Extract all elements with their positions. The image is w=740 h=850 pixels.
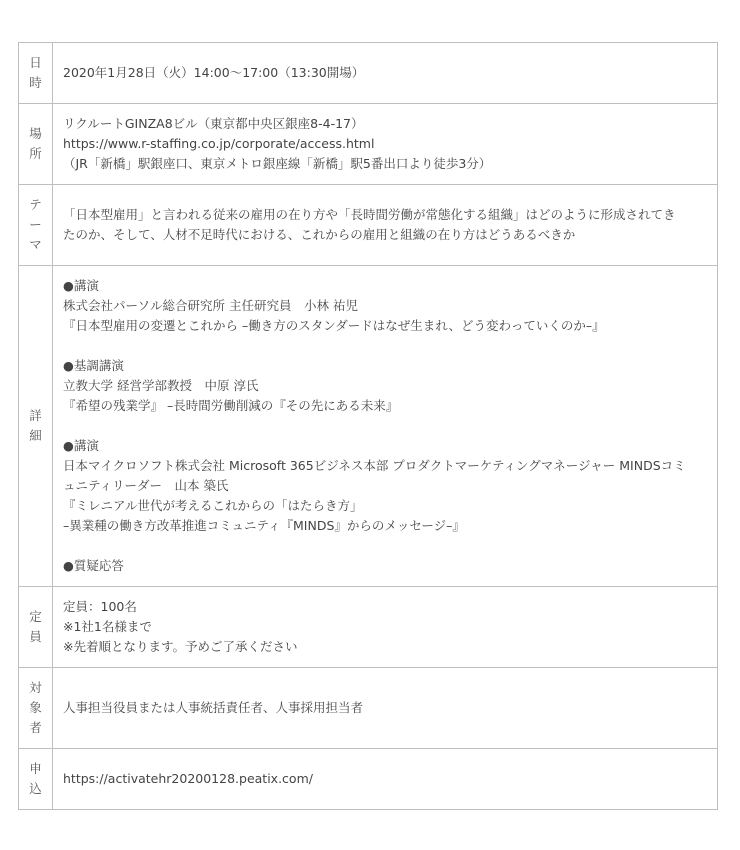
apply-link[interactable]: https://activatehr20200128.peatix.com/ — [63, 769, 707, 789]
label-char: 場 — [19, 124, 52, 144]
value-theme: 「日本型雇用」と言われる従来の雇用の在り方や「長時間労働が常態化する組織」はどの… — [53, 185, 718, 266]
speaker-2-line-2: ュニティリーダー 山本 築氏 — [63, 476, 707, 496]
section-heading-lecture-2: ●講演 — [63, 436, 707, 456]
venue-directions: （JR「新橋」駅銀座口、東京メトロ銀座線「新橋」駅5番出口より徒歩3分） — [63, 154, 707, 174]
theme-line: たのか、そして、人材不足時代における、これからの雇用と組織の在り方はどうあるべき… — [63, 225, 707, 245]
label-char: 日 — [19, 53, 52, 73]
label-char: テ — [19, 195, 52, 215]
venue-access-link[interactable]: https://www.r-staffing.co.jp/corporate/a… — [63, 134, 707, 154]
label-capacity: 定 員 — [19, 587, 53, 668]
value-capacity: 定員：100名 ※1社1名様まで ※先着順となります。予めご了承ください — [53, 587, 718, 668]
label-char: 者 — [19, 718, 52, 738]
label-char: 員 — [19, 627, 52, 647]
value-datetime: 2020年1月28日（火）14:00〜17:00（13:30開場） — [53, 43, 718, 104]
row-venue: 場 所 リクルートGINZA8ビル（東京都中央区銀座8-4-17） https:… — [19, 104, 718, 185]
target-audience: 人事担当役員または人事統括責任者、人事採用担当者 — [63, 698, 707, 718]
capacity-note-2: ※先着順となります。予めご了承ください — [63, 637, 707, 657]
label-char: マ — [19, 235, 52, 255]
speaker-1: 株式会社パーソル総合研究所 主任研究員 小林 祐児 — [63, 296, 707, 316]
label-char: 詳 — [19, 406, 52, 426]
label-char: 対 — [19, 678, 52, 698]
label-datetime: 日 時 — [19, 43, 53, 104]
talk-title-1: 『日本型雇用の変遷とこれから –働き方のスタンダードはなぜ生まれ、どう変わってい… — [63, 316, 707, 336]
venue-name: リクルートGINZA8ビル（東京都中央区銀座8-4-17） — [63, 114, 707, 134]
label-theme: テ ー マ — [19, 185, 53, 266]
label-venue: 場 所 — [19, 104, 53, 185]
talk-title-keynote: 『希望の残業学』 –長時間労働削減の『その先にある未来』 — [63, 396, 707, 416]
row-theme: テ ー マ 「日本型雇用」と言われる従来の雇用の在り方や「長時間労働が常態化する… — [19, 185, 718, 266]
label-apply: 申 込 — [19, 749, 53, 810]
datetime-text: 2020年1月28日（火）14:00〜17:00（13:30開場） — [63, 63, 707, 83]
section-heading-keynote: ●基調講演 — [63, 356, 707, 376]
talk-title-2-line-1: 『ミレニアル世代が考えるこれからの「はたらき方」 — [63, 496, 707, 516]
section-heading-qa: ●質疑応答 — [63, 556, 707, 576]
row-details: 詳 細 ●講演 株式会社パーソル総合研究所 主任研究員 小林 祐児 『日本型雇用… — [19, 266, 718, 587]
value-target: 人事担当役員または人事統括責任者、人事採用担当者 — [53, 668, 718, 749]
capacity-note-1: ※1社1名様まで — [63, 617, 707, 637]
value-details: ●講演 株式会社パーソル総合研究所 主任研究員 小林 祐児 『日本型雇用の変遷と… — [53, 266, 718, 587]
label-char: 込 — [19, 779, 52, 799]
label-target: 対 象 者 — [19, 668, 53, 749]
label-details: 詳 細 — [19, 266, 53, 587]
value-apply: https://activatehr20200128.peatix.com/ — [53, 749, 718, 810]
label-char: ー — [19, 215, 52, 235]
talk-title-2-line-2: –異業種の働き方改革推進コミュニティ『MINDS』からのメッセージ–』 — [63, 516, 707, 536]
label-char: 時 — [19, 73, 52, 93]
row-capacity: 定 員 定員：100名 ※1社1名様まで ※先着順となります。予めご了承ください — [19, 587, 718, 668]
spacer — [63, 416, 707, 436]
row-apply: 申 込 https://activatehr20200128.peatix.co… — [19, 749, 718, 810]
label-char: 申 — [19, 759, 52, 779]
capacity-count: 定員：100名 — [63, 597, 707, 617]
theme-line: 「日本型雇用」と言われる従来の雇用の在り方や「長時間労働が常態化する組織」はどの… — [63, 205, 707, 225]
label-char: 象 — [19, 698, 52, 718]
speaker-keynote: 立教大学 経営学部教授 中原 淳氏 — [63, 376, 707, 396]
label-char: 定 — [19, 607, 52, 627]
row-target: 対 象 者 人事担当役員または人事統括責任者、人事採用担当者 — [19, 668, 718, 749]
spacer — [63, 536, 707, 556]
spacer — [63, 336, 707, 356]
value-venue: リクルートGINZA8ビル（東京都中央区銀座8-4-17） https://ww… — [53, 104, 718, 185]
speaker-2-line-1: 日本マイクロソフト株式会社 Microsoft 365ビジネス本部 プロダクトマ… — [63, 456, 707, 476]
row-datetime: 日 時 2020年1月28日（火）14:00〜17:00（13:30開場） — [19, 43, 718, 104]
label-char: 細 — [19, 426, 52, 446]
label-char: 所 — [19, 144, 52, 164]
event-info-table: 日 時 2020年1月28日（火）14:00〜17:00（13:30開場） 場 … — [18, 42, 718, 810]
section-heading-lecture-1: ●講演 — [63, 276, 707, 296]
